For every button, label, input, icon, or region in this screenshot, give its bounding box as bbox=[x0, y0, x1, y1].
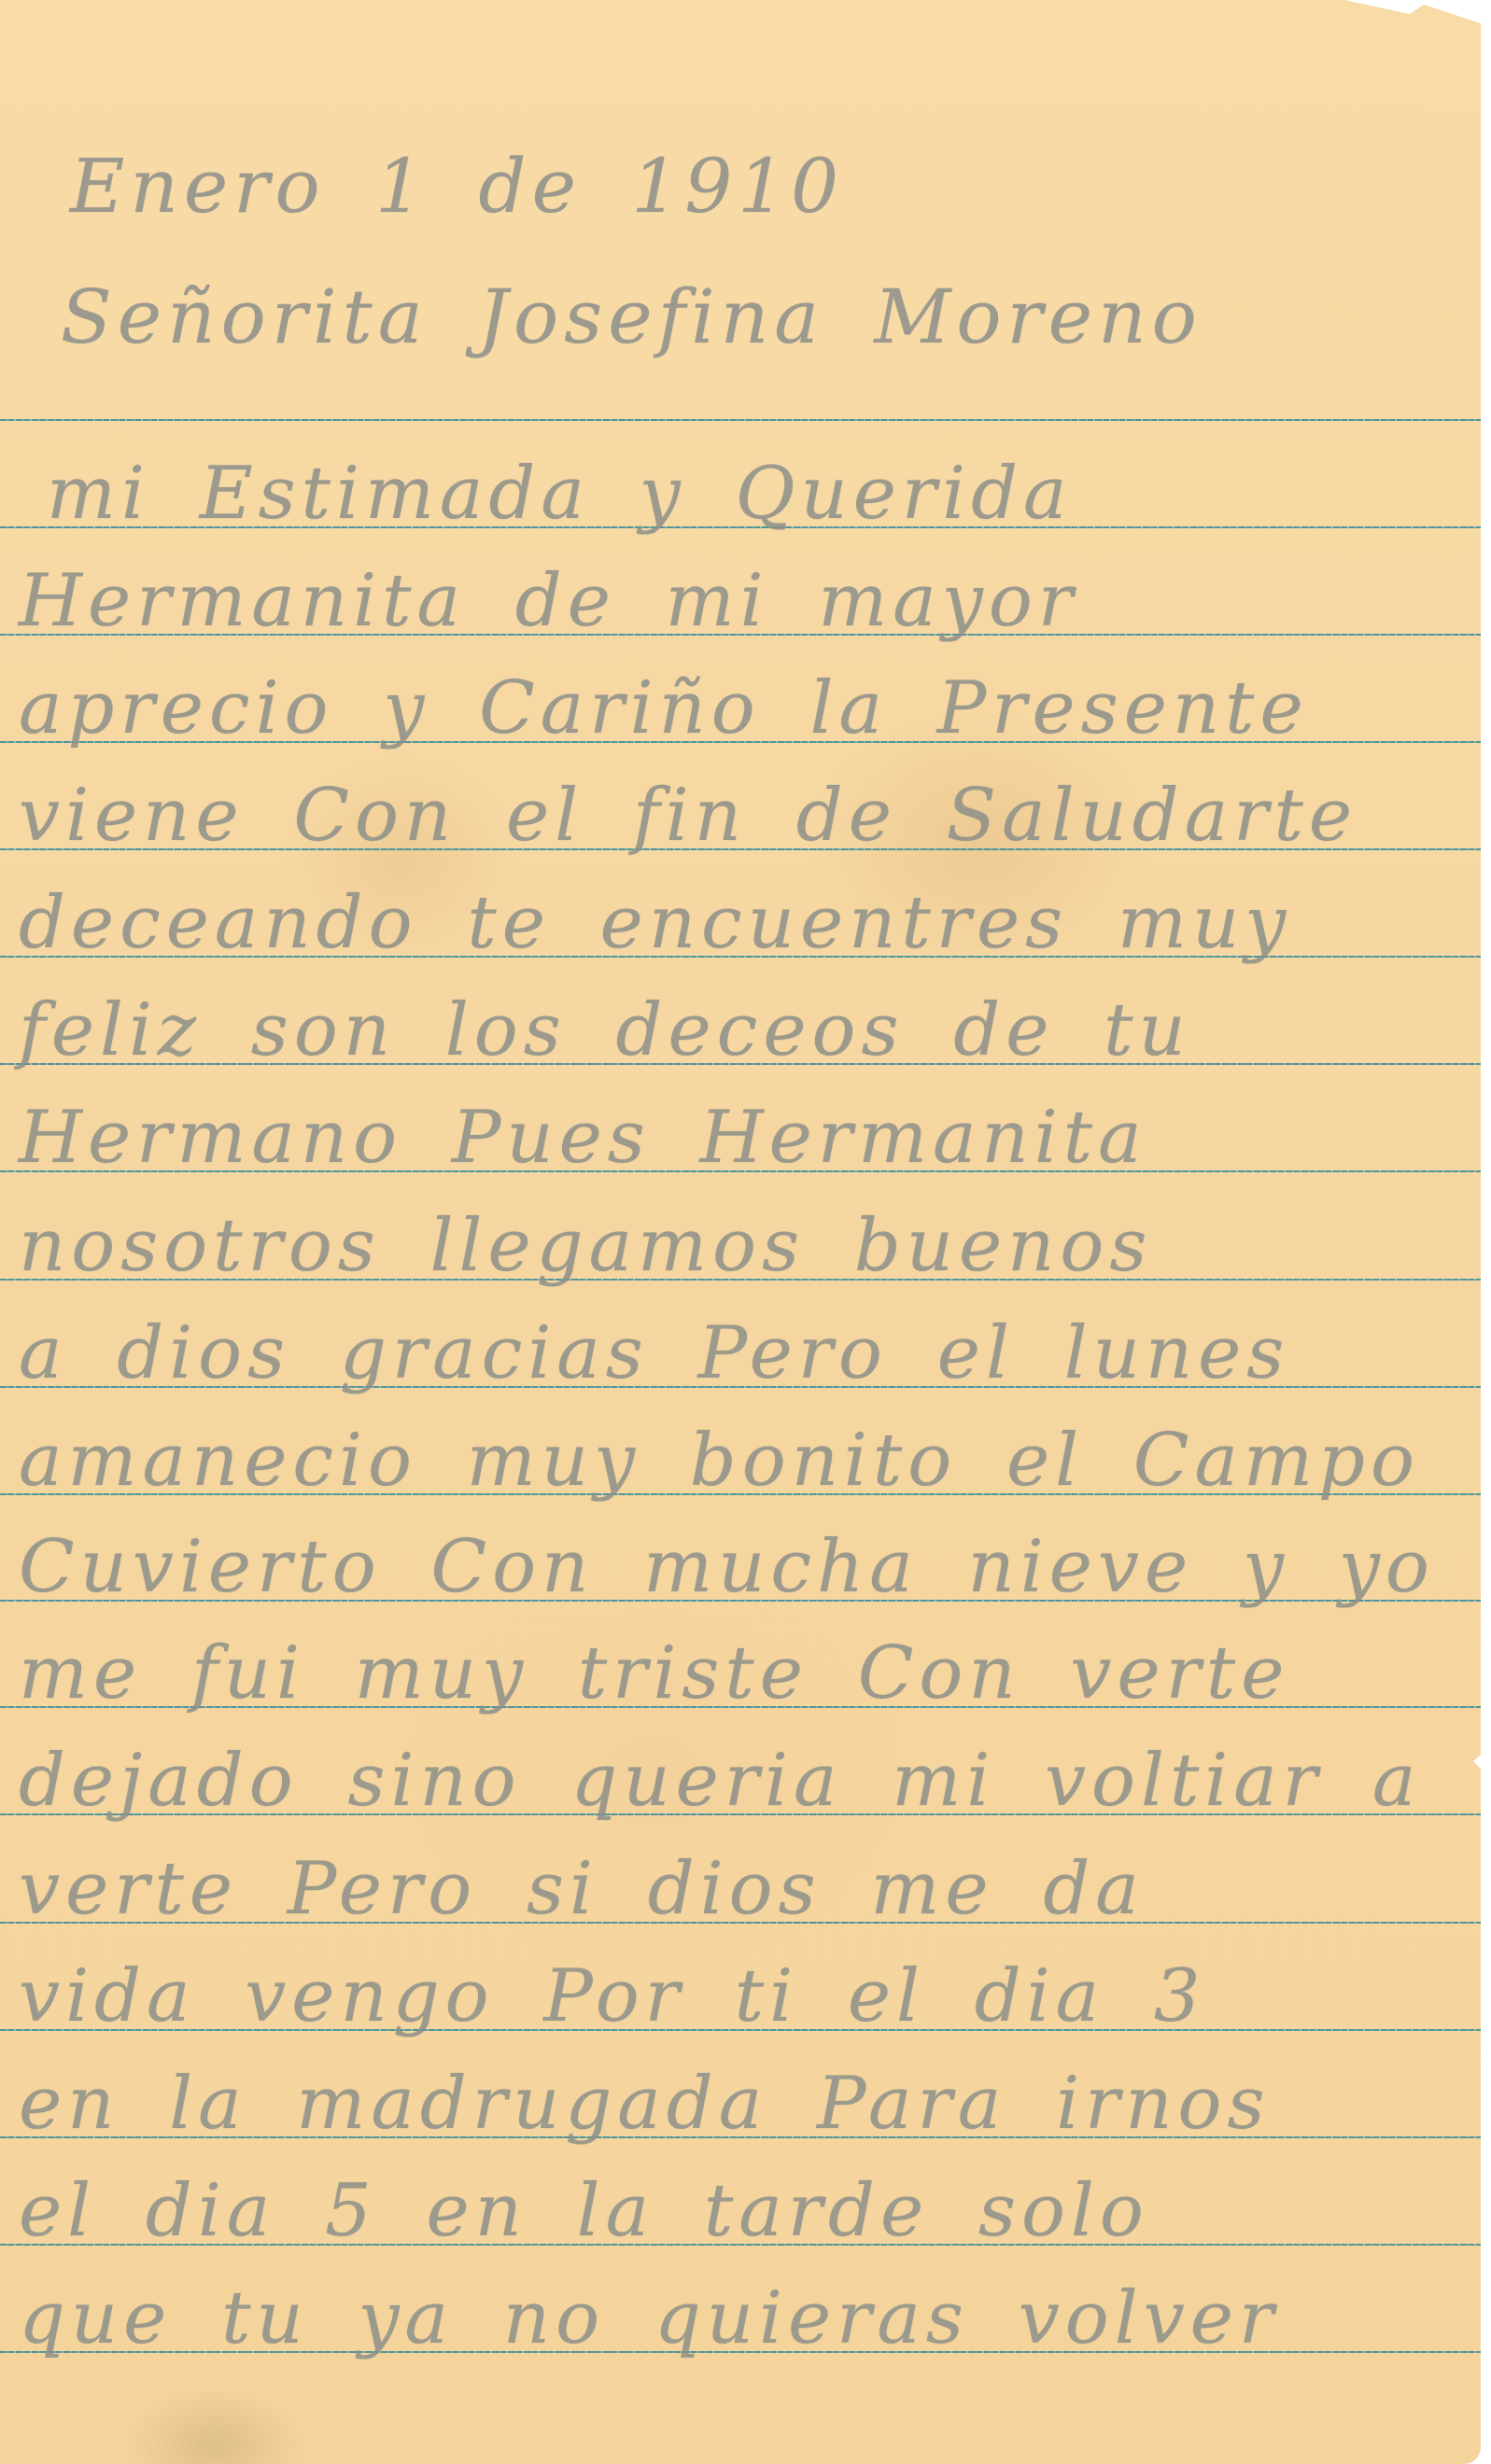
body-line: nosotros llegamos buenos bbox=[19, 1210, 1152, 1282]
body-line: que tu ya no quieras volver bbox=[19, 2282, 1279, 2355]
body-line: verte Pero si dios me da bbox=[19, 1853, 1145, 1925]
letter-date: Enero 1 de 1910 bbox=[70, 149, 844, 224]
body-line: vida vengo Por ti el dia 3 bbox=[19, 1960, 1206, 2033]
body-line: Hermanita de mi mayor bbox=[19, 565, 1078, 637]
body-line: Cuvierto Con mucha nieve y yo bbox=[19, 1531, 1435, 1603]
body-line: el dia 5 en la tarde solo bbox=[19, 2175, 1149, 2247]
body-line: mi Estimada y Querida bbox=[47, 457, 1073, 530]
letter-page: Enero 1 de 1910 Señorita Josefina Moreno… bbox=[0, 0, 1481, 2464]
body-line: en la madrugada Para irnos bbox=[19, 2067, 1271, 2140]
body-line: feliz son los deceos de tu bbox=[19, 994, 1191, 1067]
body-line: me fui muy triste Con verte bbox=[19, 1637, 1289, 1710]
body-line: dejado sino queria mi voltiar a bbox=[19, 1744, 1421, 1817]
ruled-line bbox=[0, 419, 1481, 421]
body-line: aprecio y Cariño la Presente bbox=[19, 672, 1309, 745]
letter-recipient: Señorita Josefina Moreno bbox=[61, 280, 1203, 355]
body-line: Hermano Pues Hermanita bbox=[19, 1101, 1147, 1174]
body-line: deceando te encuentres muy bbox=[19, 887, 1291, 959]
body-line: amanecio muy bonito el Campo bbox=[19, 1424, 1420, 1497]
body-line: a dios gracias Pero el lunes bbox=[19, 1317, 1289, 1390]
body-line: viene Con el fin de Saludarte bbox=[19, 779, 1357, 852]
